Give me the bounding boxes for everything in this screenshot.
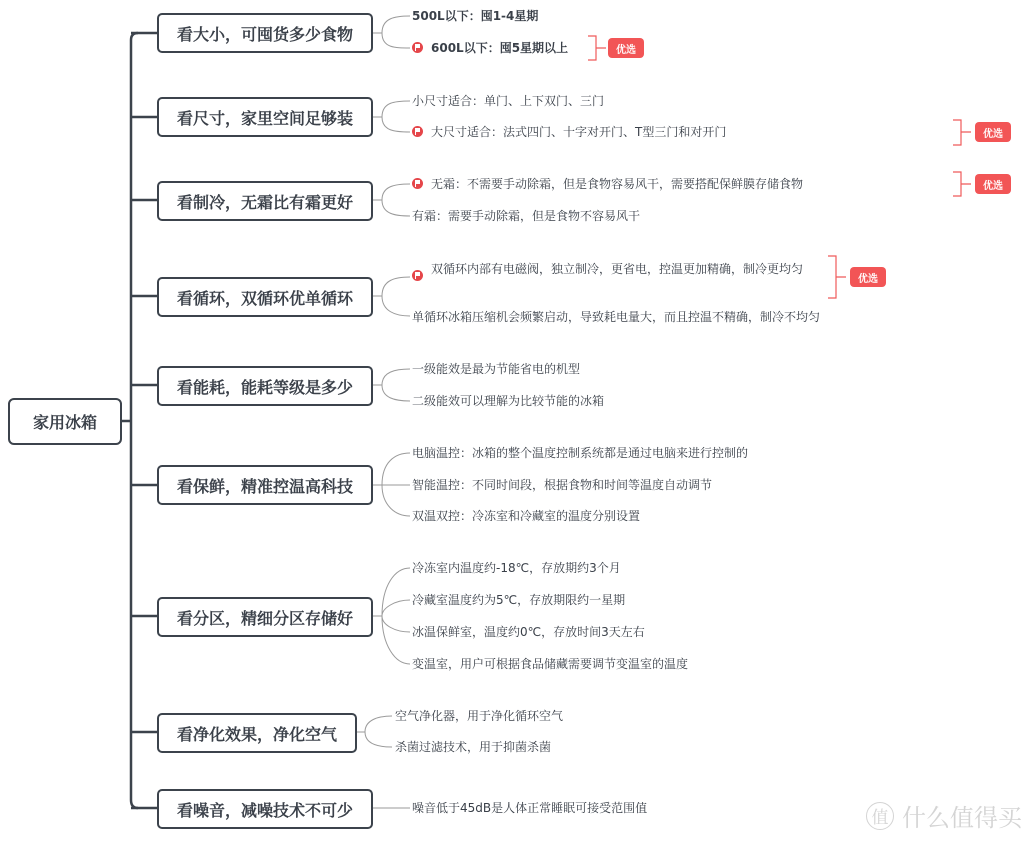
topic-dimensions[interactable]: 看尺寸，家里空间足够装 <box>157 97 373 137</box>
leaf-item[interactable]: 杀菌过滤技术，用于抑菌杀菌 <box>395 739 551 755</box>
preferred-badge[interactable]: 优选 <box>975 122 1011 142</box>
topic-purification[interactable]: 看净化效果，净化空气 <box>157 713 357 753</box>
flag-icon <box>412 178 423 189</box>
zhi-logo-icon: 值 <box>866 802 894 830</box>
topic-circulation[interactable]: 看循环，双循环优单循环 <box>157 277 373 317</box>
leaf-item[interactable]: 600L以下：囤5星期以上 <box>412 40 568 56</box>
leaf-item[interactable]: 双循环内部有电磁阀，独立制冷，更省电，控温更加精确，制冷更均匀 <box>412 261 818 281</box>
topic-noise[interactable]: 看噪音，减噪技术不可少 <box>157 789 373 829</box>
topic-freshness[interactable]: 看保鲜，精准控温高科技 <box>157 465 373 505</box>
preferred-badge[interactable]: 优选 <box>850 267 886 287</box>
leaf-item[interactable]: 变温室，用户可根据食品储藏需要调节变温室的温度 <box>412 656 688 672</box>
leaf-item[interactable]: 无霜：不需要手动除霜，但是食物容易风干，需要搭配保鲜膜存储食物 <box>412 176 803 192</box>
topic-size[interactable]: 看大小，可囤货多少食物 <box>157 13 373 53</box>
leaf-item[interactable]: 一级能效是最为节能省电的机型 <box>412 361 580 377</box>
root-topic[interactable]: 家用冰箱 <box>8 398 122 445</box>
topic-zones[interactable]: 看分区，精细分区存储好 <box>157 597 373 637</box>
flag-icon <box>412 42 423 53</box>
flag-icon <box>412 126 423 137</box>
topic-energy[interactable]: 看能耗，能耗等级是多少 <box>157 366 373 406</box>
topic-label: 看尺寸，家里空间足够装 <box>177 106 353 129</box>
leaf-item[interactable]: 噪音低于45dB是人体正常睡眠可接受范围值 <box>412 800 647 816</box>
topic-label: 看能耗，能耗等级是多少 <box>177 375 353 398</box>
leaf-item[interactable]: 小尺寸适合：单门、上下双门、三门 <box>412 93 604 109</box>
topic-label: 看噪音，减噪技术不可少 <box>177 798 353 821</box>
topic-label: 看循环，双循环优单循环 <box>177 286 353 309</box>
topic-label: 看净化效果，净化空气 <box>177 722 337 745</box>
topic-cooling[interactable]: 看制冷，无霜比有霜更好 <box>157 181 373 221</box>
leaf-item[interactable]: 智能温控：不同时间段，根据食物和时间等温度自动调节 <box>412 477 712 493</box>
leaf-item[interactable]: 500L以下：囤1-4星期 <box>412 8 538 24</box>
root-topic-label: 家用冰箱 <box>33 410 97 433</box>
topic-label: 看分区，精细分区存储好 <box>177 606 353 629</box>
leaf-item[interactable]: 单循环冰箱压缩机会频繁启动，导致耗电量大，而且控温不精确，制冷不均匀 <box>412 309 820 325</box>
topic-label: 看制冷，无霜比有霜更好 <box>177 190 353 213</box>
preferred-badge[interactable]: 优选 <box>608 38 644 58</box>
leaf-item[interactable]: 二级能效可以理解为比较节能的冰箱 <box>412 393 604 409</box>
leaf-item[interactable]: 大尺寸适合：法式四门、十字对开门、T型三门和对开门 <box>412 124 726 140</box>
watermark-logo: 值 什么值得买 <box>866 798 1022 833</box>
leaf-item[interactable]: 冷冻室内温度约-18℃，存放期约3个月 <box>412 560 621 576</box>
mind-map-canvas: 家用冰箱 看大小，可囤货多少食物 看尺寸，家里空间足够装 看制冷，无霜比有霜更好… <box>0 0 1034 842</box>
leaf-item[interactable]: 冰温保鲜室，温度约0℃，存放时间3天左右 <box>412 624 645 640</box>
leaf-item[interactable]: 冷藏室温度约为5℃，存放期限约一星期 <box>412 592 625 608</box>
watermark-text: 什么值得买 <box>902 798 1022 833</box>
leaf-item[interactable]: 电脑温控：冰箱的整个温度控制系统都是通过电脑来进行控制的 <box>412 445 748 461</box>
flag-icon <box>412 270 423 281</box>
leaf-item[interactable]: 空气净化器，用于净化循环空气 <box>395 708 563 724</box>
leaf-item[interactable]: 双温双控：冷冻室和冷藏室的温度分别设置 <box>412 508 640 524</box>
topic-label: 看保鲜，精准控温高科技 <box>177 474 353 497</box>
leaf-item[interactable]: 有霜：需要手动除霜，但是食物不容易风干 <box>412 208 640 224</box>
preferred-badge[interactable]: 优选 <box>975 174 1011 194</box>
topic-label: 看大小，可囤货多少食物 <box>177 22 353 45</box>
